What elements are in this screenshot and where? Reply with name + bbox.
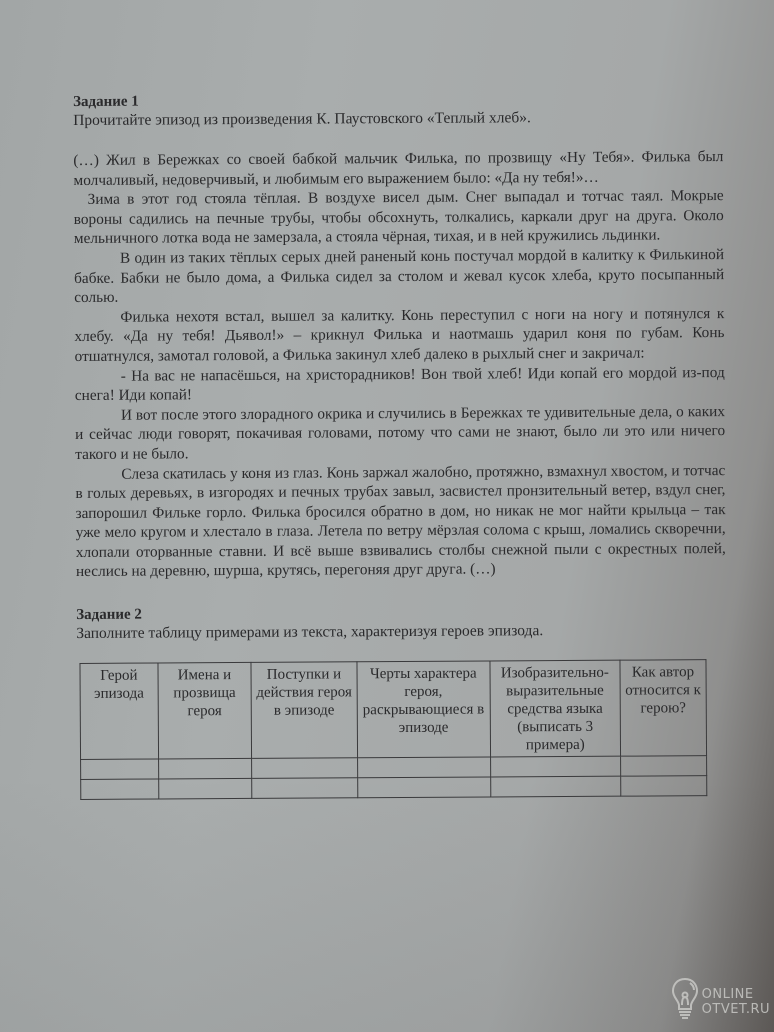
table-cell [621, 776, 707, 797]
paragraph: (…) Жил в Бережках со своей бабкой мальч… [73, 147, 723, 190]
task-1-instruction: Прочитайте эпизод из произведения К. Пау… [73, 107, 723, 130]
column-header-author-attitude: Как автор относится к герою? [620, 660, 707, 757]
paragraph: Зима в этот год стояла тёплая. В воздухе… [74, 186, 724, 249]
table-header-row: Герой эпизода Имена и прозвища героя Пос… [80, 660, 707, 760]
paragraph-speech: - На вас не напасёшься, на христораднико… [75, 363, 725, 406]
column-header-devices: Изобразительно-выразительные средства яз… [490, 660, 621, 757]
column-header-actions: Поступки и действия героя в эпизоде [251, 662, 357, 759]
watermark-line-1: ONLINE [702, 987, 770, 1002]
table-cell [620, 756, 706, 777]
table-row [81, 776, 707, 800]
column-header-names: Имена и прозвища героя [158, 662, 252, 759]
watermark-line-2: OTVET.RU [702, 1002, 770, 1017]
task-2: Задание 2 Заполните таблицу примерами из… [76, 603, 727, 800]
table-cell [357, 757, 490, 778]
column-header-hero: Герой эпизода [80, 663, 158, 759]
story-excerpt: (…) Жил в Бережках со своей бабкой мальч… [73, 147, 726, 582]
table-cell [252, 758, 358, 779]
document-page: Задание 1 Прочитайте эпизод из произведе… [73, 90, 727, 800]
column-header-traits: Черты характера героя, раскрывающиеся в … [357, 661, 491, 758]
table-cell [490, 776, 620, 797]
paragraph: Слеза скатилась у коня из глаз. Конь зар… [75, 461, 726, 583]
hero-characteristics-table: Герой эпизода Имена и прозвища героя Пос… [79, 659, 707, 800]
paragraph: В один из таких тёплых серых дней ранены… [74, 245, 724, 308]
table-cell [490, 756, 620, 777]
watermark: ONLINE OTVET.RU [671, 977, 770, 1026]
watermark-text: ONLINE OTVET.RU [702, 987, 770, 1017]
table-cell [252, 778, 358, 799]
table-cell [158, 758, 252, 779]
paragraph: И вот после этого злорадного окрика и сл… [75, 402, 725, 465]
lightbulb-icon [671, 977, 699, 1026]
table-cell [81, 759, 159, 779]
task-1: Задание 1 Прочитайте эпизод из произведе… [73, 90, 726, 582]
table-cell [81, 779, 159, 799]
table-cell [158, 778, 252, 799]
paragraph: Филька нехотя встал, вышел за калитку. К… [74, 304, 724, 367]
task-2-instruction: Заполните таблицу примерами из текста, х… [76, 620, 726, 643]
table-cell [357, 777, 490, 798]
